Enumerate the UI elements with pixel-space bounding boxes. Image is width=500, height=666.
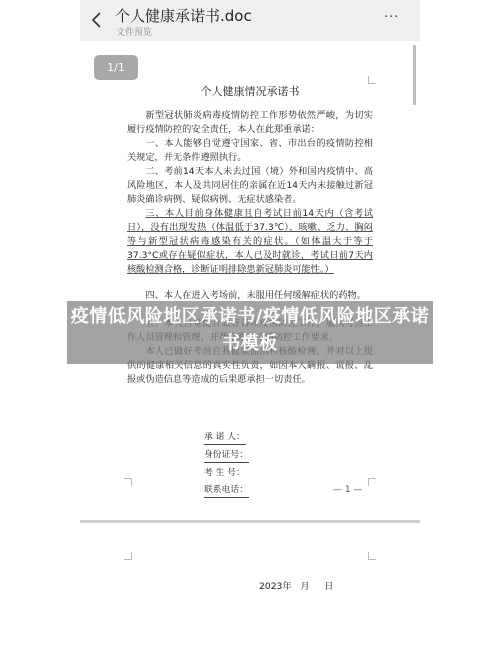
signature-block: 承 诺 人： 身份证号： 考 生 号： 联系电话： bbox=[204, 429, 264, 500]
page-separator bbox=[80, 520, 420, 523]
signature-field-phone: 联系电话： bbox=[204, 483, 249, 498]
more-horizontal-icon: ··· bbox=[384, 10, 399, 25]
paragraph-1: 一、本人能够自觉遵守国家、省、市出台的疫情防控相关规定，并无条件遵照执行。 bbox=[127, 137, 373, 165]
signature-field-candidate-number: 考 生 号： bbox=[204, 468, 245, 478]
more-button[interactable]: ··· bbox=[384, 12, 404, 24]
file-subtitle: 文件预览 bbox=[116, 25, 152, 38]
page-corner-mark bbox=[368, 478, 376, 486]
title-overlay-banner: 疫情低风险地区承诺书/疫情低风险地区承诺书模板 bbox=[67, 301, 433, 364]
chevron-left-icon bbox=[90, 10, 106, 30]
scrollbar[interactable] bbox=[413, 45, 416, 105]
file-title: 个人健康承诺书.doc bbox=[115, 5, 252, 26]
page-corner-mark bbox=[124, 478, 132, 486]
page-corner-mark bbox=[124, 552, 132, 560]
overlay-title: 疫情低风险地区承诺书/疫情低风险地区承诺书模板 bbox=[67, 303, 433, 357]
back-button[interactable] bbox=[90, 10, 106, 30]
paragraph-3: 三、本人目前身体健康且自考试日前14天内（含考试日），没有出现发热（体温低于37… bbox=[127, 207, 373, 277]
page-indicator: 1/1 bbox=[94, 55, 138, 80]
document-title: 个人健康情况承诺书 bbox=[120, 83, 380, 99]
page-number: — 1 — bbox=[333, 485, 362, 495]
page-corner-mark bbox=[368, 552, 376, 560]
signature-field-id-number: 身份证号： bbox=[204, 448, 249, 463]
date-line: 2023年 月 日 bbox=[259, 578, 333, 592]
signature-field-promisor: 承 诺 人： bbox=[204, 430, 246, 445]
top-bar: 个人健康承诺书.doc 文件预览 ··· bbox=[80, 0, 420, 41]
paragraph-intro: 新型冠状肺炎病毒疫情防控工作形势依然严峻，为切实履行疫情防控的安全责任，本人在此… bbox=[127, 109, 373, 137]
paragraph-2: 二、考前14天本人未去过国（境）外和国内疫情中、高风险地区，本人及共同居住的亲属… bbox=[127, 165, 373, 207]
